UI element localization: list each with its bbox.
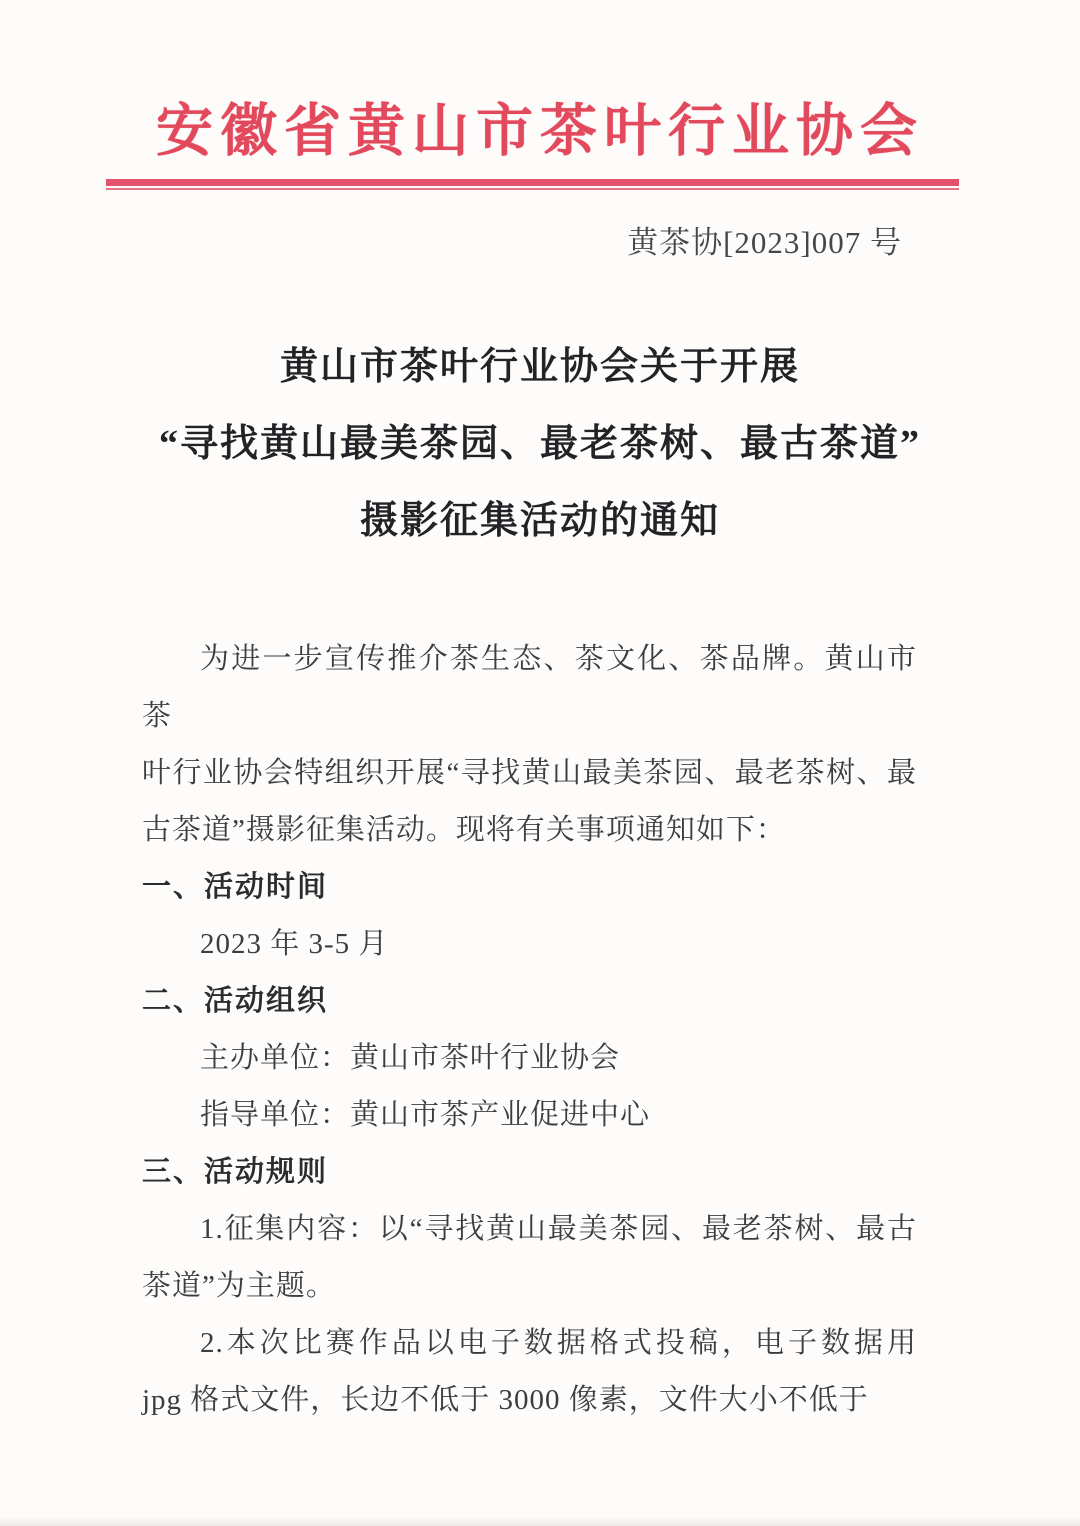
- org-name-header: 安徽省黄山市茶叶行业协会: [0, 0, 1080, 166]
- header-divider-rule: [106, 179, 959, 190]
- rule-2-line-1: 2.本次比赛作品以电子数据格式投稿，电子数据用: [142, 1315, 917, 1372]
- organizer-line: 主办单位：黄山市茶叶行业协会: [142, 1030, 917, 1087]
- document-number: 黄茶协[2023]007 号: [0, 223, 1080, 263]
- divider-thick-line: [106, 179, 959, 186]
- rule-2-line-2: jpg 格式文件，长边不低于 3000 像素，文件大小不低于: [142, 1372, 917, 1429]
- scanner-edge-shadow: [0, 1517, 1080, 1526]
- scanned-notice-page: 安徽省黄山市茶叶行业协会 黄茶协[2023]007 号 黄山市茶叶行业协会关于开…: [0, 0, 1080, 1526]
- activity-time: 2023 年 3-5 月: [142, 916, 917, 973]
- intro-line-1: 为进一步宣传推介茶生态、茶文化、茶品牌。黄山市茶: [142, 631, 917, 745]
- notice-title-line-1: 黄山市茶叶行业协会关于开展: [0, 329, 1080, 406]
- notice-body: 为进一步宣传推介茶生态、茶文化、茶品牌。黄山市茶 叶行业协会特组织开展“寻找黄山…: [142, 631, 917, 1429]
- rule-1-line-2: 茶道”为主题。: [142, 1258, 917, 1315]
- section-3-heading: 三、活动规则: [142, 1144, 917, 1201]
- notice-title-line-3: 摄影征集活动的通知: [0, 483, 1080, 560]
- rule-1-line-1: 1.征集内容：以“寻找黄山最美茶园、最老茶树、最古: [142, 1201, 917, 1258]
- notice-title-line-2: “寻找黄山最美茶园、最老茶树、最古茶道”: [0, 406, 1080, 483]
- intro-line-2: 叶行业协会特组织开展“寻找黄山最美茶园、最老茶树、最: [142, 745, 917, 802]
- section-1-heading: 一、活动时间: [142, 859, 917, 916]
- divider-thin-line: [106, 188, 959, 190]
- notice-title: 黄山市茶叶行业协会关于开展 “寻找黄山最美茶园、最老茶树、最古茶道” 摄影征集活…: [0, 329, 1080, 560]
- intro-line-3: 古茶道”摄影征集活动。现将有关事项通知如下：: [142, 802, 917, 859]
- guidance-line: 指导单位：黄山市茶产业促进中心: [142, 1087, 917, 1144]
- section-2-heading: 二、活动组织: [142, 973, 917, 1030]
